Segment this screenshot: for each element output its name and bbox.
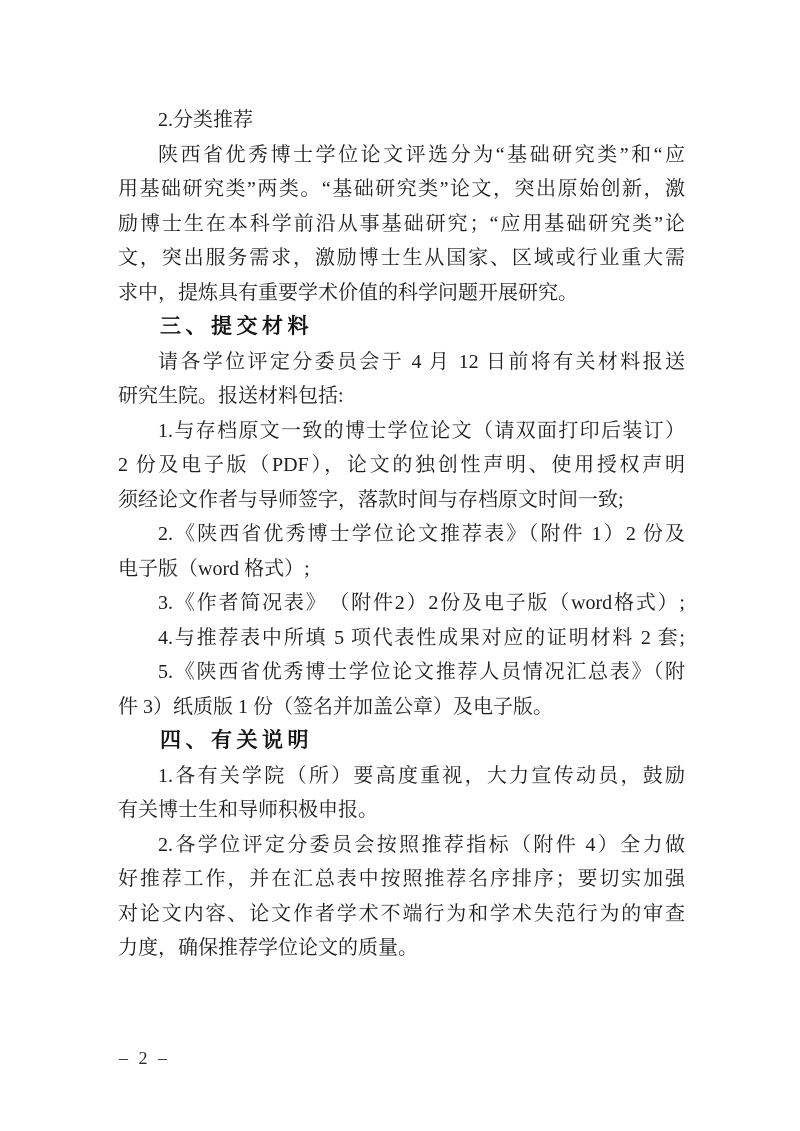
text-line: 须经论文作者与导师签字，落款时间与存档原文时间一致; xyxy=(118,483,685,518)
text-line: 1.与存档原文一致的博士学位论文（请双面打印后装订） xyxy=(118,414,685,449)
text-line: 文，突出服务需求，激励博士生从国家、区域或行业重大需 xyxy=(118,241,685,276)
paragraph: 请各学位评定分委员会于 4 月 12 日前将有关材料报送研究生院。报送材料包括: xyxy=(118,345,685,414)
text-line: 2 份及电子版（PDF），论文的独创性声明、使用授权声明 xyxy=(118,448,685,483)
text-line: 陕西省优秀博士学位论文评选分为“基础研究类”和“应 xyxy=(118,138,685,173)
text-line: 3.《作者简况表》 （附件2）2份及电子版（word格式）; xyxy=(118,586,685,621)
paragraph: 2.各学位评定分委员会按照推荐指标（附件 4）全力做好推荐工作，并在汇总表中按照… xyxy=(118,828,685,966)
paragraph: 3.《作者简况表》 （附件2）2份及电子版（word格式）; xyxy=(118,586,685,621)
text-line: 1.各有关学院（所）要高度重视，大力宣传动员，鼓励 xyxy=(118,759,685,794)
paragraph: 5.《陕西省优秀博士学位论文推荐人员情况汇总表》（附件 3）纸质版 1 份（签名… xyxy=(118,655,685,724)
document-body: 2.分类推荐陕西省优秀博士学位论文评选分为“基础研究类”和“应用基础研究类”两类… xyxy=(118,103,685,966)
text-line: 用基础研究类”两类。“基础研究类”论文，突出原始创新，激 xyxy=(118,172,685,207)
text-line: 四、有关说明 xyxy=(118,724,685,759)
paragraph: 2.《陕西省优秀博士学位论文推荐表》（附件 1）2 份及电子版（word 格式）… xyxy=(118,517,685,586)
page-number: – 2 – xyxy=(119,1048,170,1069)
text-line: 2.《陕西省优秀博士学位论文推荐表》（附件 1）2 份及 xyxy=(118,517,685,552)
text-line: 研究生院。报送材料包括: xyxy=(118,379,685,414)
paragraph: 1.与存档原文一致的博士学位论文（请双面打印后装订）2 份及电子版（PDF），论… xyxy=(118,414,685,518)
paragraph: 1.各有关学院（所）要高度重视，大力宣传动员，鼓励有关博士生和导师积极申报。 xyxy=(118,759,685,828)
paragraph: 陕西省优秀博士学位论文评选分为“基础研究类”和“应用基础研究类”两类。“基础研究… xyxy=(118,138,685,311)
text-line: 4.与推荐表中所填 5 项代表性成果对应的证明材料 2 套; xyxy=(118,621,685,656)
text-line: 好推荐工作，并在汇总表中按照推荐名序排序；要切实加强 xyxy=(118,862,685,897)
document-page: 2.分类推荐陕西省优秀博士学位论文评选分为“基础研究类”和“应用基础研究类”两类… xyxy=(0,0,800,1131)
text-line: 三、提交材料 xyxy=(118,310,685,345)
text-line: 力度，确保推荐学位论文的质量。 xyxy=(118,931,685,966)
text-line: 对论文内容、论文作者学术不端行为和学术失范行为的审查 xyxy=(118,897,685,932)
paragraph: 2.分类推荐 xyxy=(118,103,685,138)
text-line: 励博士生在本科学前沿从事基础研究；“应用基础研究类”论 xyxy=(118,207,685,242)
text-line: 有关博士生和导师积极申报。 xyxy=(118,793,685,828)
paragraph: 4.与推荐表中所填 5 项代表性成果对应的证明材料 2 套; xyxy=(118,621,685,656)
text-line: 电子版（word 格式）; xyxy=(118,552,685,587)
text-line: 2.分类推荐 xyxy=(118,103,685,138)
text-line: 2.各学位评定分委员会按照推荐指标（附件 4）全力做 xyxy=(118,828,685,863)
text-line: 5.《陕西省优秀博士学位论文推荐人员情况汇总表》（附 xyxy=(118,655,685,690)
text-line: 求中，提炼具有重要学术价值的科学问题开展研究。 xyxy=(118,276,685,311)
section-heading: 四、有关说明 xyxy=(118,724,685,759)
section-heading: 三、提交材料 xyxy=(118,310,685,345)
text-line: 请各学位评定分委员会于 4 月 12 日前将有关材料报送 xyxy=(118,345,685,380)
text-line: 件 3）纸质版 1 份（签名并加盖公章）及电子版。 xyxy=(118,690,685,725)
